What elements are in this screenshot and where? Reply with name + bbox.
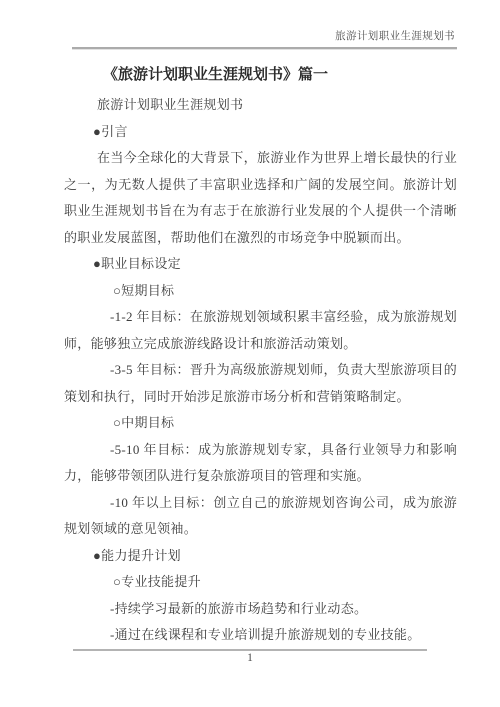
subheading-pro-skills: ○专业技能提升 [64,569,457,596]
page-number: 1 [0,652,500,664]
paragraph-intro: 在当今全球化的大背景下，旅游业作为世界上增长最快的行业之一，为无数人提供了丰富职… [64,145,457,251]
section-heading-goals: ●职业目标设定 [64,251,457,278]
header-rule [72,47,457,50]
paragraph-subtitle: 旅游计划职业生涯规划书 [64,92,457,119]
running-header: 旅游计划职业生涯规划书 [335,28,455,43]
document-body: 旅游计划职业生涯规划书 ●引言 在当今全球化的大背景下，旅游业作为世界上增长最快… [64,92,457,649]
section-heading-intro: ●引言 [64,119,457,146]
document-title: 《旅游计划职业生涯规划书》篇一 [103,63,328,84]
goal-item-5-10-years: -5-10 年目标：成为旅游规划专家，具备行业领导力和影响力，能够带领团队进行复… [64,437,457,490]
goal-item-1-2-years: -1-2 年目标：在旅游规划领域积累丰富经验，成为旅游规划师，能够独立完成旅游线… [64,304,457,357]
running-header-title: 旅游计划职业生涯规划书 [335,31,455,42]
goal-item-3-5-years: -3-5 年目标：晋升为高级旅游规划师，负责大型旅游项目的策划和执行，同时开始涉… [64,357,457,410]
skill-item-learning: -持续学习最新的旅游市场趋势和行业动态。 [64,596,457,623]
goal-item-10-plus-years: -10 年以上目标：创立自己的旅游规划咨询公司，成为旅游规划领域的意见领袖。 [64,490,457,543]
section-heading-skills: ●能力提升计划 [64,543,457,570]
document-page: 旅游计划职业生涯规划书 《旅游计划职业生涯规划书》篇一 旅游计划职业生涯规划书 … [0,0,500,707]
subheading-mid-term: ○中期目标 [64,410,457,437]
skill-item-training: -通过在线课程和专业培训提升旅游规划的专业技能。 [64,622,457,649]
subheading-short-term: ○短期目标 [64,278,457,305]
footer-rule [73,649,427,651]
